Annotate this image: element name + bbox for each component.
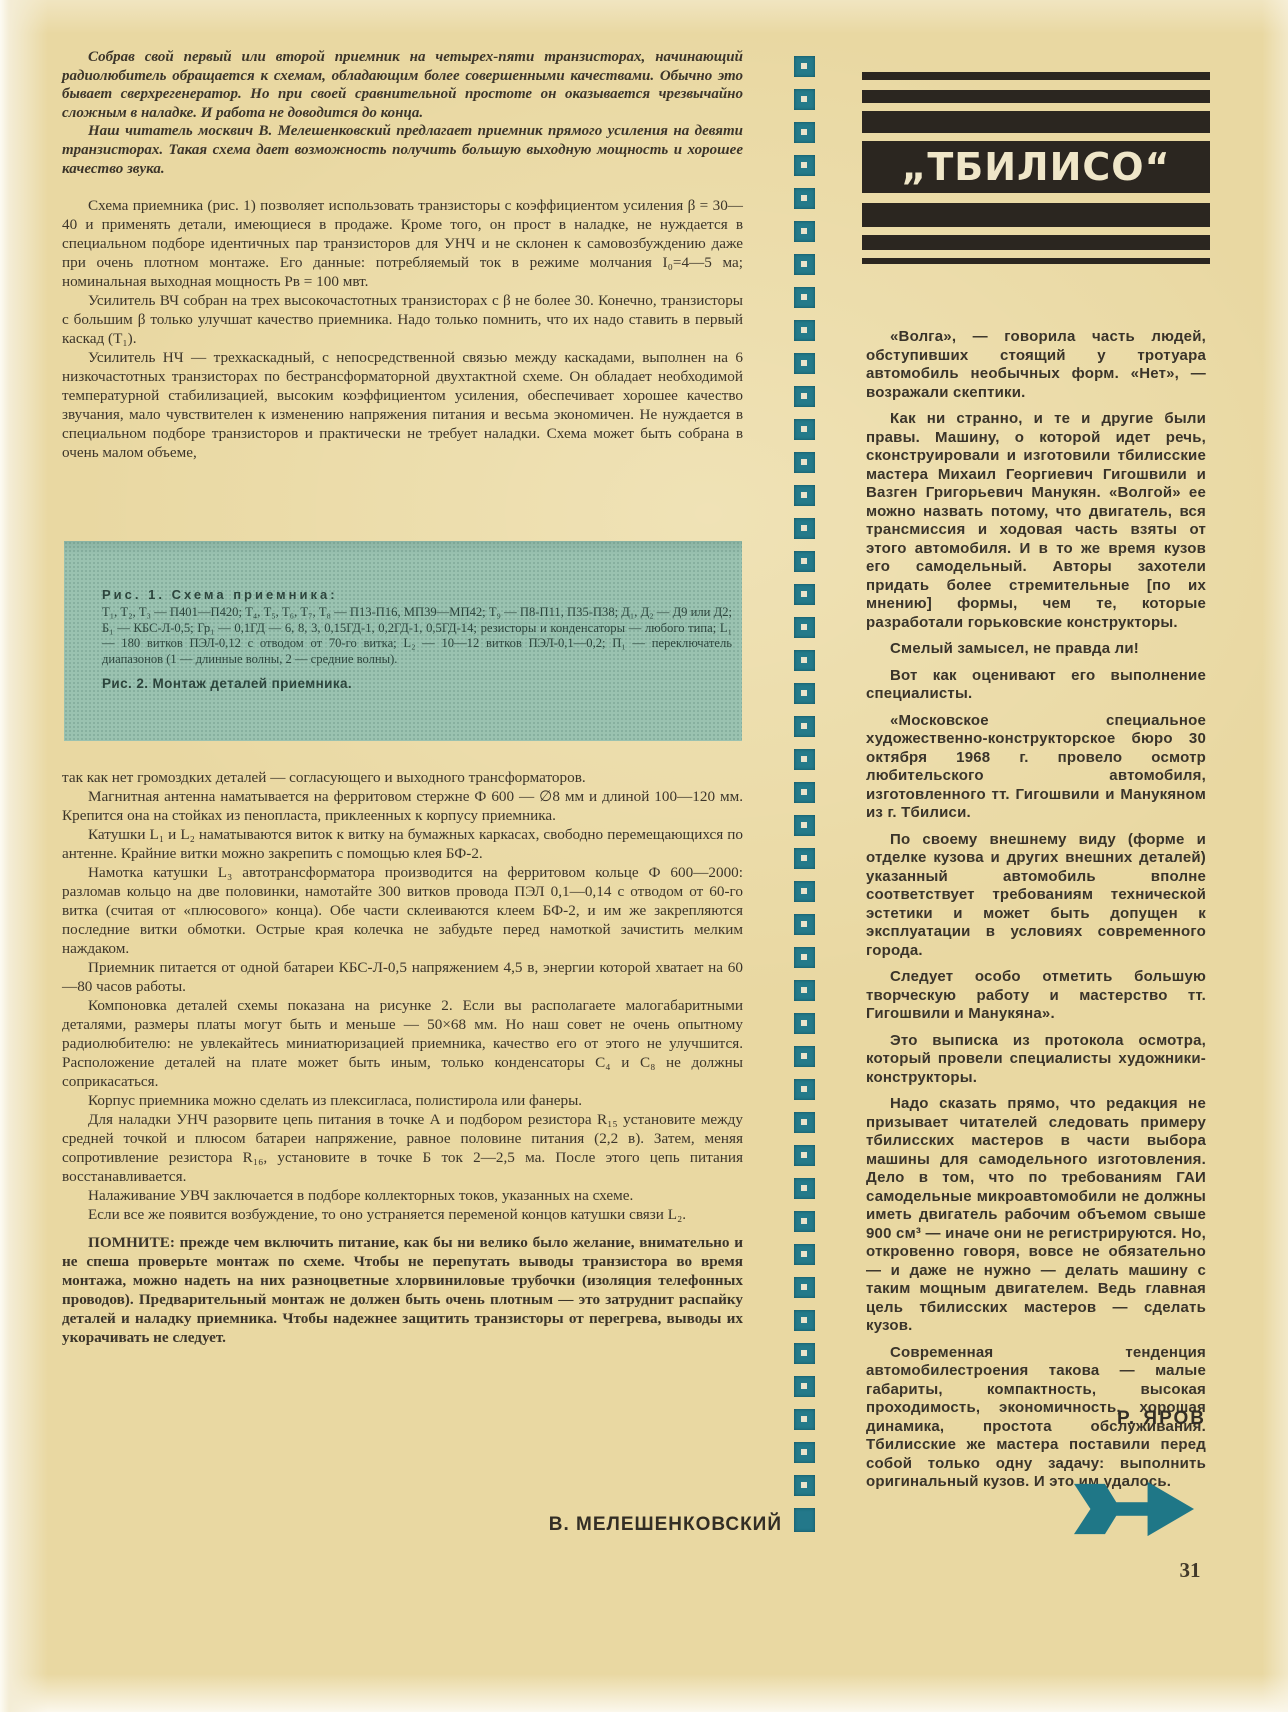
body-paragraph: Схема приемника (рис. 1) позволяет испол… xyxy=(62,196,743,291)
body-paragraph: Магнитная антенна наматывается на феррит… xyxy=(62,787,743,825)
ornament-square xyxy=(794,1112,815,1133)
right-article-author: Р. ЯРОВ xyxy=(866,1408,1206,1430)
page-number: 31 xyxy=(1160,1558,1220,1583)
title-banner: „ТБИЛИСО“ xyxy=(862,72,1210,264)
ornament-square xyxy=(794,584,815,605)
ornament-square xyxy=(794,1244,815,1265)
banner-stripe xyxy=(862,111,1210,133)
body-paragraph: «Московское специальное художественно-ко… xyxy=(866,712,1206,823)
body-paragraph: Усилитель ВЧ собран на трех высокочастот… xyxy=(62,291,743,348)
body-paragraph: Надо сказать прямо, что редакция не приз… xyxy=(866,1095,1206,1336)
body-paragraph: Если все же появится возбуждение, то оно… xyxy=(62,1205,743,1224)
magazine-page: Собрав свой первый или второй приемник н… xyxy=(0,0,1288,1712)
body-paragraph: Налаживание УВЧ заключается в подборе ко… xyxy=(62,1186,743,1205)
figure-1-details: Т₁, Т₂, Т₃ — П401—П420; Т₄, Т₅, Т₆, Т₇, … xyxy=(102,605,732,667)
article-body-bottom: так как нет громоздких деталей — согласу… xyxy=(62,768,743,1347)
body-paragraph: Усилитель НЧ — трехкаскадный, с непосред… xyxy=(62,348,743,462)
ornament-square xyxy=(794,749,815,770)
banner-stripe xyxy=(862,72,1210,80)
banner-stripe xyxy=(862,90,1210,103)
ornament-strip xyxy=(794,56,816,1532)
reminder-paragraph: ПОМНИТЕ: прежде чем включить питание, ка… xyxy=(62,1233,743,1347)
ornament-square xyxy=(794,848,815,869)
ornament-square xyxy=(794,815,815,836)
body-paragraph: «Волга», — говорила часть людей, обступи… xyxy=(866,328,1206,402)
ornament-square xyxy=(794,1046,815,1067)
intro-paragraph: Наш читатель москвич В. Мелешенковский п… xyxy=(62,122,743,178)
banner-stripe xyxy=(862,258,1210,264)
ornament-square xyxy=(794,1442,815,1463)
body-paragraph: Катушки L₁ и L₂ наматываются виток к вит… xyxy=(62,825,743,863)
ornament-square xyxy=(794,980,815,1001)
ornament-end-bar xyxy=(794,1508,815,1532)
body-paragraph: Как ни странно, и те и другие были правы… xyxy=(866,410,1206,632)
body-paragraph: Приемник питается от одной батареи КБС-Л… xyxy=(62,958,743,996)
banner-stripe xyxy=(862,203,1210,227)
ornament-square xyxy=(794,650,815,671)
next-page-arrow-icon xyxy=(1074,1480,1194,1538)
ornament-square xyxy=(794,155,815,176)
ornament-square xyxy=(794,485,815,506)
figure-2-caption: Рис. 2. Монтаж деталей приемника. xyxy=(102,676,732,691)
ornament-square xyxy=(794,188,815,209)
article-body-top: Схема приемника (рис. 1) позволяет испол… xyxy=(62,196,743,462)
ornament-square xyxy=(794,914,815,935)
ornament-square xyxy=(794,1178,815,1199)
ornament-square xyxy=(794,617,815,638)
figure-caption-box: Рис. 1. Схема приемника: Т₁, Т₂, Т₃ — П4… xyxy=(64,541,742,741)
body-paragraph: Корпус приемника можно сделать из плекси… xyxy=(62,1091,743,1110)
body-paragraph: Смелый замысел, не правда ли! xyxy=(866,640,1206,659)
ornament-square xyxy=(794,89,815,110)
ornament-square xyxy=(794,1376,815,1397)
body-paragraph: Это выписка из протокола осмотра, которы… xyxy=(866,1032,1206,1088)
ornament-square xyxy=(794,1079,815,1100)
ornament-square xyxy=(794,1277,815,1298)
ornament-square xyxy=(794,1211,815,1232)
intro-paragraph: Собрав свой первый или второй приемник н… xyxy=(62,48,743,122)
ornament-square xyxy=(794,683,815,704)
body-paragraph: По своему внешнему виду (форме и отделке… xyxy=(866,831,1206,961)
ornament-square xyxy=(794,551,815,572)
ornament-square xyxy=(794,1475,815,1496)
left-article-author: В. МЕЛЕШЕНКОВСКИЙ xyxy=(62,1514,782,1536)
banner-stripe xyxy=(862,235,1210,250)
ornament-square xyxy=(794,287,815,308)
ornament-square xyxy=(794,716,815,737)
ornament-square xyxy=(794,254,815,275)
ornament-square xyxy=(794,947,815,968)
article-title: „ТБИЛИСО“ xyxy=(862,141,1210,193)
ornament-square xyxy=(794,518,815,539)
ornament-square xyxy=(794,1145,815,1166)
intro-block: Собрав свой первый или второй приемник н… xyxy=(62,48,743,178)
body-paragraph: Компоновка деталей схемы показана на рис… xyxy=(62,996,743,1091)
ornament-square xyxy=(794,122,815,143)
body-paragraph: Намотка катушки L₃ автотрансформатора пр… xyxy=(62,863,743,958)
figure-1-caption: Рис. 1. Схема приемника: xyxy=(102,587,732,602)
ornament-square xyxy=(794,386,815,407)
body-paragraph: Следует особо отметить большую творческу… xyxy=(866,968,1206,1024)
ornament-square xyxy=(794,1409,815,1430)
ornament-square xyxy=(794,419,815,440)
ornament-square xyxy=(794,881,815,902)
ornament-square xyxy=(794,1310,815,1331)
ornament-square xyxy=(794,353,815,374)
right-article-body: «Волга», — говорила часть людей, обступи… xyxy=(866,328,1206,1500)
ornament-square xyxy=(794,56,815,77)
ornament-square xyxy=(794,320,815,341)
ornament-square xyxy=(794,221,815,242)
ornament-square xyxy=(794,1013,815,1034)
body-paragraph: Вот как оценивают его выполнение специал… xyxy=(866,667,1206,704)
ornament-square xyxy=(794,782,815,803)
body-paragraph: так как нет громоздких деталей — согласу… xyxy=(62,768,743,787)
body-paragraph: Для наладки УНЧ разорвите цепь питания в… xyxy=(62,1110,743,1186)
ornament-square xyxy=(794,1343,815,1364)
ornament-square xyxy=(794,452,815,473)
